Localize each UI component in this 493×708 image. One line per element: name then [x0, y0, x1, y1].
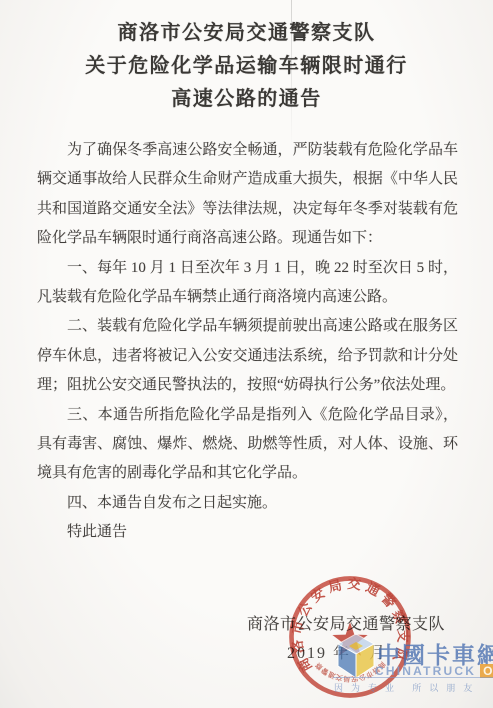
- paragraph-item-3: 三、本通告所指危险化学品是指列入《危险化学品目录》，具有毒害、腐蚀、爆炸、燃烧、…: [37, 401, 458, 489]
- paragraph-item-2: 二、装载有危险化学品车辆须提前驶出高速公路或在服务区停车休息，违者将被记入公安交…: [37, 312, 458, 400]
- notice-body: 为了确保冬季高速公路安全畅通，严防装载有危险化学品车辆交通事故给人民群众生命财产…: [37, 136, 458, 548]
- title-line-type: 高速公路的通告: [0, 83, 493, 116]
- document-title: 商洛市公安局交通警察支队 关于危险化学品运输车辆限时通行 高速公路的通告: [0, 17, 493, 116]
- watermark-org-badge: ORG: [480, 664, 493, 678]
- paragraph-item-1: 一、每年 10 月 1 日至次年 3 月 1 日，晚 22 时至次日 5 时，凡…: [37, 254, 458, 313]
- paragraph-closing: 特此通告: [37, 518, 458, 547]
- title-line-issuer: 商洛市公安局交通警察支队: [0, 17, 493, 50]
- paragraph-item-4: 四、本通告自发布之日起实施。: [37, 489, 458, 518]
- official-red-seal: 商洛市公安局交通警察支队 商洛市公安局交通警察支队: [285, 572, 415, 702]
- title-line-subject: 关于危险化学品运输车辆限时通行: [0, 50, 493, 83]
- paragraph-intro: 为了确保冬季高速公路安全畅通，严防装载有危险化学品车辆交通事故给人民群众生命财产…: [37, 136, 458, 254]
- red-star-icon: [332, 622, 367, 656]
- notice-document-page: 商洛市公安局交通警察支队 关于危险化学品运输车辆限时通行 高速公路的通告 为了确…: [0, 0, 493, 708]
